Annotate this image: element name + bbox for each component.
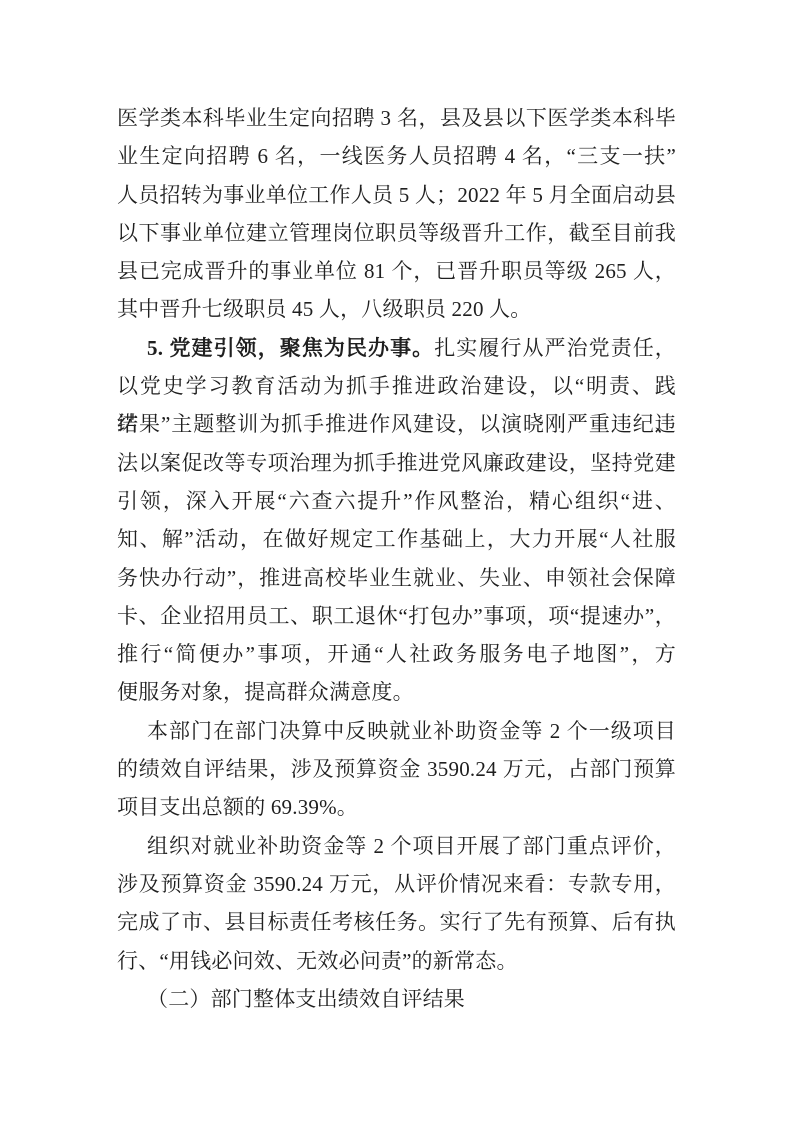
text-line: 完成了市、县目标责任考核任务。实行了先有预算、后有执: [117, 903, 676, 941]
section-5-heading-line: 5. 党建引领，聚焦为民办事。扎实履行从严治党责任，: [117, 329, 676, 367]
text-line: 涉及预算资金 3590.24 万元，从评价情况来看：专款专用，: [117, 865, 676, 903]
text-line: 务快办行动”，推进高校毕业生就业、失业、申领社会保障: [117, 559, 676, 597]
text-line: 人员招转为事业单位工作人员 5 人；2022 年 5 月全面启动县: [117, 176, 676, 214]
text-line: 以党史学习教育活动为抓手推进政治建设，以“明责、践诺、: [117, 367, 676, 405]
section-5-heading-bold: 5. 党建引领，聚焦为民办事。: [147, 336, 434, 360]
text-line: 法以案促改等专项治理为抓手推进党风廉政建设，坚持党建: [117, 444, 676, 482]
text-line: 以下事业单位建立管理岗位职员等级晋升工作，截至目前我: [117, 214, 676, 252]
text-line: 推行“简便办”事项，开通“人社政务服务电子地图”，方: [117, 635, 676, 673]
text-line: 医学类本科毕业生定向招聘 3 名，县及县以下医学类本科毕: [117, 99, 676, 137]
text-line: 卡、企业招用员工、职工退休“打包办”事项，项“提速办”，: [117, 597, 676, 635]
paragraph-end-line: 便服务对象，提高群众满意度。: [117, 673, 676, 711]
text-line: 引领，深入开展“六查六提升”作风整治，精心组织“进、: [117, 482, 676, 520]
paragraph-end-line: 项目支出总额的 69.39%。: [117, 788, 676, 826]
text-line: 本部门在部门决算中反映就业补助资金等 2 个一级项目: [117, 712, 676, 750]
text-line: 业生定向招聘 6 名，一线医务人员招聘 4 名，“三支一扶”: [117, 137, 676, 175]
paragraph-end-line: 其中晋升七级职员 45 人，八级职员 220 人。: [117, 290, 676, 328]
text-line: 结果”主题整训为抓手推进作风建设，以演晓刚严重违纪违: [117, 405, 676, 443]
text-line: 县已完成晋升的事业单位 81 个，已晋升职员等级 265 人，: [117, 252, 676, 290]
document-text-block: 医学类本科毕业生定向招聘 3 名，县及县以下医学类本科毕 业生定向招聘 6 名，…: [117, 99, 676, 1018]
text-line: 组织对就业补助资金等 2 个项目开展了部门重点评价，: [117, 827, 676, 865]
document-page: 医学类本科毕业生定向招聘 3 名，县及县以下医学类本科毕 业生定向招聘 6 名，…: [0, 0, 793, 1122]
subsection-heading-line: （二）部门整体支出绩效自评结果: [117, 980, 676, 1018]
text-line: 的绩效自评结果，涉及预算资金 3590.24 万元，占部门预算: [117, 750, 676, 788]
paragraph-end-line: 行、“用钱必问效、无效必问责”的新常态。: [117, 942, 676, 980]
section-5-heading-rest: 扎实履行从严治党责任，: [434, 336, 676, 360]
text-line: 知、解”活动，在做好规定工作基础上，大力开展“人社服: [117, 520, 676, 558]
